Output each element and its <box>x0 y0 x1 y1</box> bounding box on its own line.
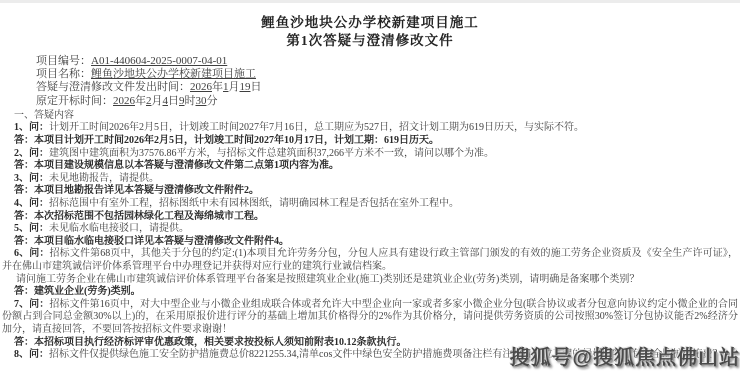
document-title-line2: 第1次答疑与澄清修改文件 <box>0 32 740 50</box>
qa-prefix: 答： <box>14 236 34 247</box>
qa-prefix: 4、问： <box>14 198 49 209</box>
field-label: 答疑与澄清修改文件发出时间： <box>36 81 190 93</box>
field-label: 项目编号： <box>36 55 91 67</box>
qa-section: 一、答疑内容 1、问：计划开工时间2026年2月5日，计划竣工时间2027年7月… <box>0 110 740 362</box>
header-fields: 项目编号：A01-440604-2025-0007-04-01项目名称：鲤鱼沙地… <box>0 55 740 108</box>
field-value-segment: A01-440604-2025-0007-04-01 <box>91 55 227 67</box>
document-title-line1: 鲤鱼沙地块公办学校新建项目施工 <box>0 14 740 32</box>
field-value-segment: 鲤鱼沙地块公办学校新建项目施工 <box>91 68 256 80</box>
qa-prefix: 1、问： <box>14 122 49 133</box>
top-border <box>0 0 740 3</box>
question-paragraph: 2、问：建筑图中建筑面积为37576.86平方米，与招标文件总建筑面积37,26… <box>2 148 738 161</box>
header-field: 项目名称：鲤鱼沙地块公办学校新建项目施工 <box>36 68 740 81</box>
question-paragraph: 8、问：招标文件仅提供绿色施工安全防护措施费总价8221255.34,清单cos… <box>2 349 738 362</box>
qa-prefix: 3、问： <box>14 173 49 184</box>
qa-prefix: 答： <box>14 185 34 196</box>
qa-prefix: 答： <box>14 337 34 348</box>
field-value-segment: 19 <box>240 81 251 93</box>
question-paragraph: 7、问：招标文件第16页中，对大中型企业与小微企业组成联合体或者允许大中型企业向… <box>2 299 738 337</box>
answer-paragraph: 答：本项目建设规模信息以本答疑与澄清修改文件第二点第1项内容为准。 <box>2 160 738 173</box>
field-value-segment: 月 <box>229 81 240 93</box>
qa-prefix: 答： <box>14 135 34 146</box>
qa-prefix: 答： <box>14 160 34 171</box>
field-value-segment: 2026 <box>190 81 212 93</box>
qa-prefix: 8、问： <box>14 349 49 360</box>
question-paragraph: 5、问：未见临水临电接驳口，请提供。 <box>2 223 738 236</box>
qa-prefix: 2、问： <box>14 148 49 159</box>
field-value-segment: 分 <box>207 95 218 107</box>
qa-prefix: 5、问： <box>14 223 49 234</box>
section-heading: 一、答疑内容 <box>2 110 738 123</box>
field-value-segment: 月 <box>152 95 163 107</box>
header-field: 原定开标时间：2026年2月4日9时30分 <box>36 95 740 108</box>
field-label: 项目名称： <box>36 68 91 80</box>
qa-prefix: 6、问： <box>14 248 50 259</box>
qa-prefix: 答： <box>14 286 34 297</box>
field-value-segment: 时 <box>185 95 196 107</box>
header-field: 项目编号：A01-440604-2025-0007-04-01 <box>36 55 740 68</box>
document-page: 鲤鱼沙地块公办学校新建项目施工 第1次答疑与澄清修改文件 项目编号：A01-44… <box>0 0 740 371</box>
qa-prefix: 答： <box>14 211 34 222</box>
field-label: 原定开标时间： <box>36 95 113 107</box>
question-paragraph: 1、问：计划开工时间2026年2月5日，计划竣工时间2027年7月16日，总工期… <box>2 122 738 135</box>
answer-paragraph: 答：本招标项目执行经济标评审优惠政策，相关要求按投标人须知前附表10.12条款执… <box>2 337 738 350</box>
question-paragraph: 请问施工劳务企业在佛山市建筑诚信评价体系管理平台备案是按照建筑业企业(施工)类别… <box>2 274 738 287</box>
header-field: 答疑与澄清修改文件发出时间：2026年1月19日 <box>36 81 740 94</box>
field-value-segment: 2026 <box>113 95 135 107</box>
answer-paragraph: 答：建筑业企业(劳务)类别。 <box>2 286 738 299</box>
qa-list: 1、问：计划开工时间2026年2月5日，计划竣工时间2027年7月16日，总工期… <box>2 122 738 361</box>
question-paragraph: 4、问：招标范围中有室外工程，招标图纸中未有园林图纸，请明确园林工程是否包括在室… <box>2 198 738 211</box>
field-value-segment: 年 <box>212 81 223 93</box>
qa-prefix: 7、问： <box>14 299 49 310</box>
answer-paragraph: 答：本项目临水临电接驳口详见本答疑与澄清修改文件附件4。 <box>2 236 738 249</box>
answer-paragraph: 答：本项目计划开工时间2026年2月5日，计划竣工时间2027年10月17日，计… <box>2 135 738 148</box>
answer-paragraph: 答：本项目地勘报告详见本答疑与澄清修改文件附件2。 <box>2 185 738 198</box>
answer-paragraph: 答：本次招标范围不包括园林绿化工程及海绵城市工程。 <box>2 211 738 224</box>
field-value-segment: 日 <box>251 81 262 93</box>
field-value-segment: 年 <box>135 95 146 107</box>
question-paragraph: 3、问：未见地勘报告，请提供。 <box>2 173 738 186</box>
question-paragraph: 6、问：招标文件第68页中，其他关于分包的约定:(1)本项目允许劳务分包，分包人… <box>2 248 738 273</box>
field-value-segment: 30 <box>196 95 207 107</box>
field-value-segment: 日 <box>168 95 179 107</box>
